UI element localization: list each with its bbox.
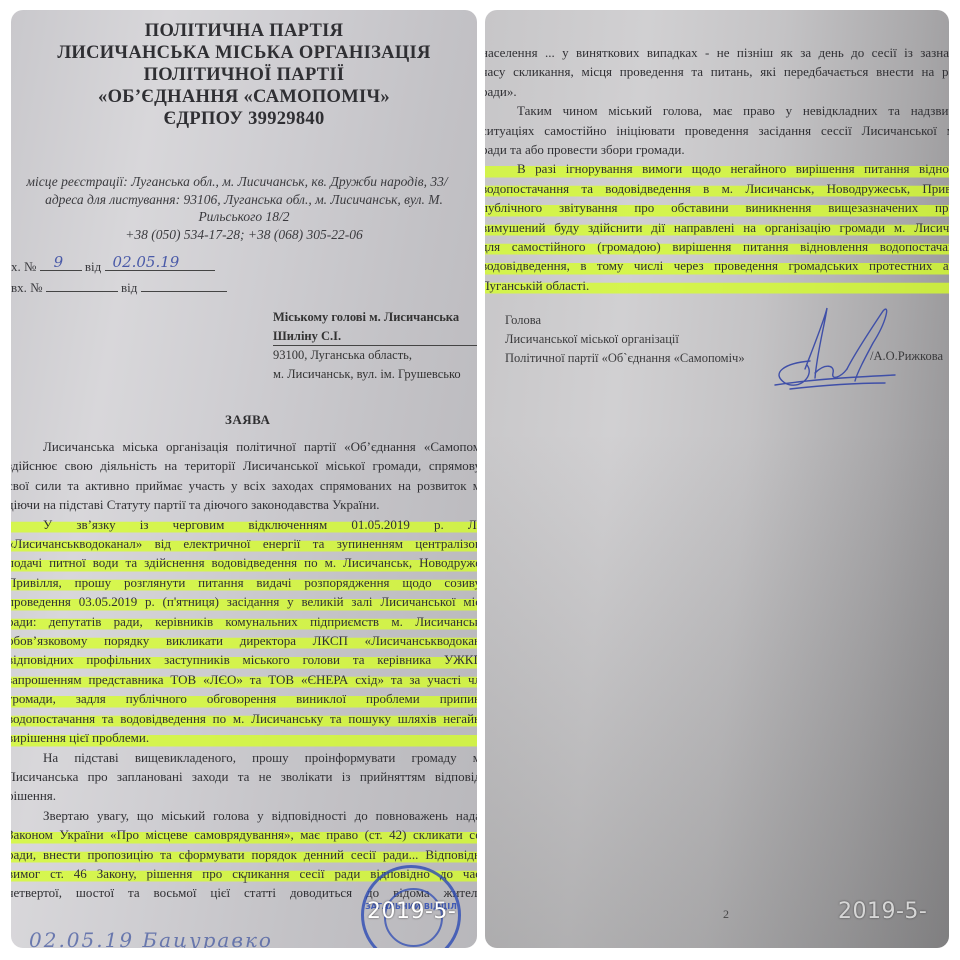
body-text-line: Законом України «Про місцеве самоврядува… (11, 825, 477, 844)
photo-timestamp: 2019-5- (367, 899, 456, 924)
body-text-line: запрошенням представника ТОВ «ЛЄО» та ТО… (11, 670, 477, 689)
body-text-line: ради: депутатів ради, керівників комунал… (11, 612, 477, 631)
body-text-line: У зв’язку із черговим відключенням 01.05… (11, 515, 477, 534)
body-text-line: ради, внести пропозицію та сформувати по… (11, 845, 477, 864)
letterhead-line: ПОЛІТИЧНОЇ ПАРТІЇ (11, 64, 477, 86)
body-text-line: В разі ігнорування вимоги щодо негайного… (485, 159, 949, 178)
outgoing-date: 02.05.19 (113, 252, 180, 272)
body-text-line: населення ... у виняткових випадках - не… (485, 43, 949, 62)
recipient-name: Шиліну С.І. (273, 327, 477, 347)
document-page-1: ПОЛІТИЧНА ПАРТІЯ ЛИСИЧАНСЬКА МІСЬКА ОРГА… (11, 10, 477, 948)
letterhead-line: ЛИСИЧАНСЬКА МІСЬКА ОРГАНІЗАЦІЯ (11, 42, 477, 64)
outgoing-number-label: х. № (11, 259, 36, 274)
recipient-title: Міському голові м. Лисичанська (273, 308, 477, 327)
incoming-date-label: від (121, 280, 137, 295)
outgoing-date-label: від (85, 259, 101, 274)
signature-line: Лисичанської міської організації (505, 330, 745, 349)
photo-timestamp: 2019-5- (838, 899, 927, 924)
signature-line: Голова (505, 311, 745, 330)
address-line: +38 (050) 534-17-28; +38 (068) 305-22-06 (11, 226, 477, 244)
signature-block: Голова Лисичанської міської організації … (505, 311, 745, 368)
address-line: Рильського 18/2 (11, 208, 477, 226)
page-number: 1 (242, 872, 248, 887)
body-text-line: Звертаю увагу, що міський голова у відпо… (11, 806, 477, 825)
letterhead: ПОЛІТИЧНА ПАРТІЯ ЛИСИЧАНСЬКА МІСЬКА ОРГА… (11, 20, 477, 130)
body-text-line: обов’язковому порядку викликати директор… (11, 631, 477, 650)
body-text-line: Лисичанська міська організація політично… (11, 437, 477, 456)
body-text-line: Луганській області. (485, 276, 949, 295)
body-text-line: Лисичанська про заплановані заходи та не… (11, 767, 477, 786)
outgoing-number: 9 (54, 252, 64, 272)
body-text-line: ради». (485, 82, 949, 101)
organization-address: місце реєстрації: Луганська обл., м. Лис… (11, 173, 477, 243)
document-title: ЗАЯВА (225, 412, 270, 428)
body-text-line: громади, задля публічного обговорення ви… (11, 689, 477, 708)
body-text-line: водопостачання та водовідведення в м. Ли… (485, 179, 949, 198)
letterhead-line: «ОБ’ЄДНАННЯ «САМОПОМІЧ» (11, 86, 477, 108)
document-body: населення ... у виняткових випадках - не… (485, 43, 949, 295)
body-text-line: відповідних профільних заступників міськ… (11, 650, 477, 669)
body-text-line: водопостачання та водовідведення по м. Л… (11, 709, 477, 728)
letterhead-line: ПОЛІТИЧНА ПАРТІЯ (11, 20, 477, 42)
body-text-line: «Лисичанськводоканал» від електричної ен… (11, 534, 477, 553)
recipient-address-line: м. Лисичанськ, вул. ім. Грушевсько (273, 365, 477, 384)
body-text-line: подачі питної води та здійснення водовід… (11, 553, 477, 572)
body-text-line: рішення. (11, 786, 477, 805)
body-text-line: ради та або провести збори громади. (485, 140, 949, 159)
document-body: Лисичанська міська організація політично… (11, 437, 477, 903)
document-page-2: населення ... у виняткових випадках - не… (485, 10, 949, 948)
page-number: 2 (723, 907, 729, 922)
recipient-block: Міському голові м. Лисичанська Шиліну С.… (273, 308, 477, 383)
body-text-line: проведення 03.05.2019 р. (п'ятниця) засі… (11, 592, 477, 611)
body-text-line: водовідведення, в тому числі через прове… (485, 256, 949, 275)
body-text-line: вимушений буду здійснити дії направлені … (485, 218, 949, 237)
body-text-line: для самостійного (громадою) вирішення пи… (485, 237, 949, 256)
body-text-line: Таким чином міський голова, має право у … (485, 101, 949, 120)
letterhead-line: ЄДРПОУ 39929840 (11, 108, 477, 130)
recipient-address-line: 93100, Луганська область, (273, 346, 477, 365)
body-text-line: публічного звітування про обставини вини… (485, 198, 949, 217)
body-text-line: свої сили та активно приймає участь у вс… (11, 476, 477, 495)
address-line: адреса для листування: 93106, Луганська … (11, 191, 477, 209)
body-text-line: діючи на підставі Статуту партії та діюч… (11, 495, 477, 514)
body-text-line: ситуаціях самостійно ініціювати проведен… (485, 121, 949, 140)
handwritten-note: 02.05.19 Бацуравко (29, 928, 273, 948)
body-text-line: На підставі вищевикладеного, прошу проін… (11, 748, 477, 767)
handwritten-signature (755, 303, 905, 393)
body-text-line: Привілля, прошу розглянути питання видач… (11, 573, 477, 592)
signature-line: Політичної партії «Об`єднання «Самопоміч… (505, 349, 745, 368)
signatory-name: /А.О.Рижкова (870, 349, 943, 364)
registration-numbers: х. № 9 від 02.05.19 вх. № від (11, 256, 227, 298)
body-text-line: вирішення цієї проблеми. (11, 728, 477, 747)
incoming-number-label: вх. № (11, 280, 43, 295)
address-line: місце реєстрації: Луганська обл., м. Лис… (11, 173, 477, 191)
body-text-line: здійснює свою діяльність на території Ли… (11, 456, 477, 475)
body-text-line: часу скликання, місця проведення та пита… (485, 62, 949, 81)
